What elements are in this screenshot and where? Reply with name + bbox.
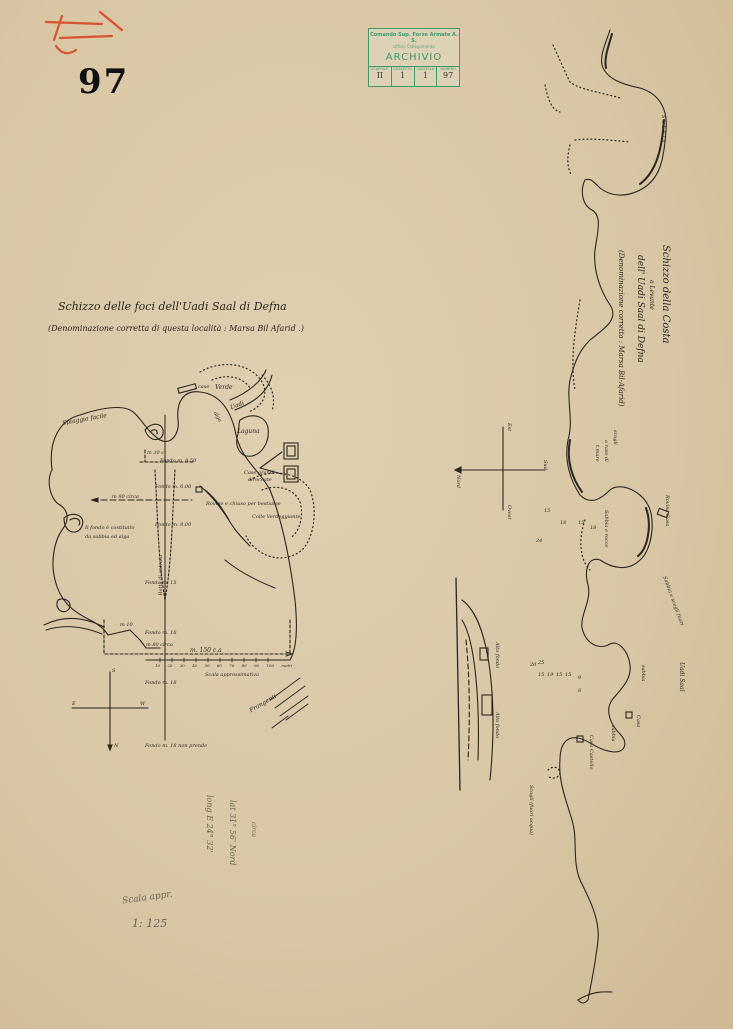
label-fondo-m15: Fondo m. 15 — [145, 580, 177, 586]
label-m90: m 90 circa — [112, 494, 139, 500]
compass-nord: Nord — [455, 475, 461, 488]
compass-est: Est — [506, 423, 512, 431]
label-casa-castello: Casa Castello — [588, 735, 594, 770]
compass-w: W — [140, 701, 145, 707]
label-rotta: Rotta di entrata — [158, 555, 164, 595]
label-rovine: Rovine e chiuso per bestiame — [206, 501, 281, 507]
label-sabbia-rocce: Sabbia e rocce — [603, 510, 609, 548]
pencil-coords-3: long E 24° 32' — [205, 795, 214, 853]
right-title-4: (Denominazione corretta : Marsa Bil-Afar… — [617, 250, 625, 407]
label-alto-fondo-2: Alto fondo — [494, 712, 500, 738]
label-sabbia-top: Sabbia — [660, 115, 666, 144]
label-verde: Verde — [215, 384, 233, 391]
label-diroccate: diroccate — [248, 477, 272, 483]
label-case-grandi: Case grandi — [244, 470, 275, 476]
label-case: case — [198, 384, 209, 390]
label-sabbia-1: sabbia — [640, 665, 646, 682]
label-m10: m 10 — [120, 622, 133, 628]
label-fondo-note-2: da sabbia ed alga — [85, 534, 129, 540]
pencil-coords-1: circa — [250, 822, 257, 837]
label-m80: m 80 circa — [146, 642, 173, 648]
label-scogli-bottom: Scogli (fuori acqua) — [528, 785, 534, 835]
pencil-coords-2: lat 31° 56' Nord — [228, 800, 237, 866]
map-drawing — [0, 0, 733, 1029]
label-fondo-m18: Fondo m. 18 — [145, 680, 177, 686]
scale-caption: Scala approssimativa — [205, 672, 259, 678]
compass-e: E — [72, 701, 76, 707]
depth-label: 8 — [578, 688, 581, 694]
label-fondo-mid: Fondo m. 8.00 — [155, 522, 191, 528]
label-scogli-2: a raso di — [603, 440, 609, 462]
compass-s: S — [112, 668, 115, 674]
label-fondo-top: Fondo m. 6.00 — [155, 484, 191, 490]
depth-label: 15 — [538, 672, 544, 678]
right-title-2: a Levante — [648, 280, 655, 310]
label-fondo-m8: Fondo m. 8.50 — [160, 458, 196, 464]
depth-label: 20 — [530, 662, 536, 668]
depth-label: 15 — [565, 672, 571, 678]
label-fondo-m16: Fondo m. 16 — [145, 630, 177, 636]
depth-label: 9 — [578, 675, 581, 681]
label-m30: m 30 c — [147, 450, 164, 456]
compass-n: N — [114, 743, 118, 749]
depth-label: 19 — [547, 672, 553, 678]
depth-label: 15 — [578, 520, 584, 526]
compass-sud: Sud — [542, 460, 548, 470]
depth-label: 18 — [590, 525, 596, 531]
depth-label: 25 — [538, 660, 544, 666]
depth-label: 18 — [560, 520, 566, 526]
label-fondo-bottom: Fondo m. 18 non prende — [145, 743, 207, 749]
label-alto-fondo-1: Alto fondo — [494, 642, 500, 668]
right-title-3: dell' Uadi Saal di Defna — [635, 255, 645, 363]
label-uadi-saal: Uadi Saal — [678, 662, 685, 691]
label-scogli-3: t.mare — [594, 445, 600, 462]
depth-label: 15 — [544, 508, 550, 514]
compass-ovest: Ovest — [506, 505, 512, 519]
label-colle: Colle Verdeggiante — [252, 514, 300, 520]
depth-label: 15 — [556, 672, 562, 678]
label-casa-rovina: Rovina Casa — [664, 495, 670, 526]
right-title-1: Schizzo della Costa — [660, 245, 671, 343]
label-m150: m. 150 c.a — [190, 647, 222, 654]
label-casa: Casa — [635, 715, 641, 727]
pencil-scale-2: 1: 125 — [132, 917, 167, 930]
map-sheet: 97 Comando Sup. Forze Armate A. S. Uffic… — [0, 0, 733, 1029]
label-fondo-note-1: Il fondo è costituito — [85, 525, 134, 531]
depth-label: 24 — [536, 538, 542, 544]
scale-ticks: 10 20 30 40 50 60 70 80 90 100 metri — [155, 663, 292, 668]
label-scogli-1: scogli — [612, 430, 618, 445]
label-laguna: Laguna — [237, 428, 260, 435]
label-sabbia-2: sabbia — [610, 725, 616, 742]
